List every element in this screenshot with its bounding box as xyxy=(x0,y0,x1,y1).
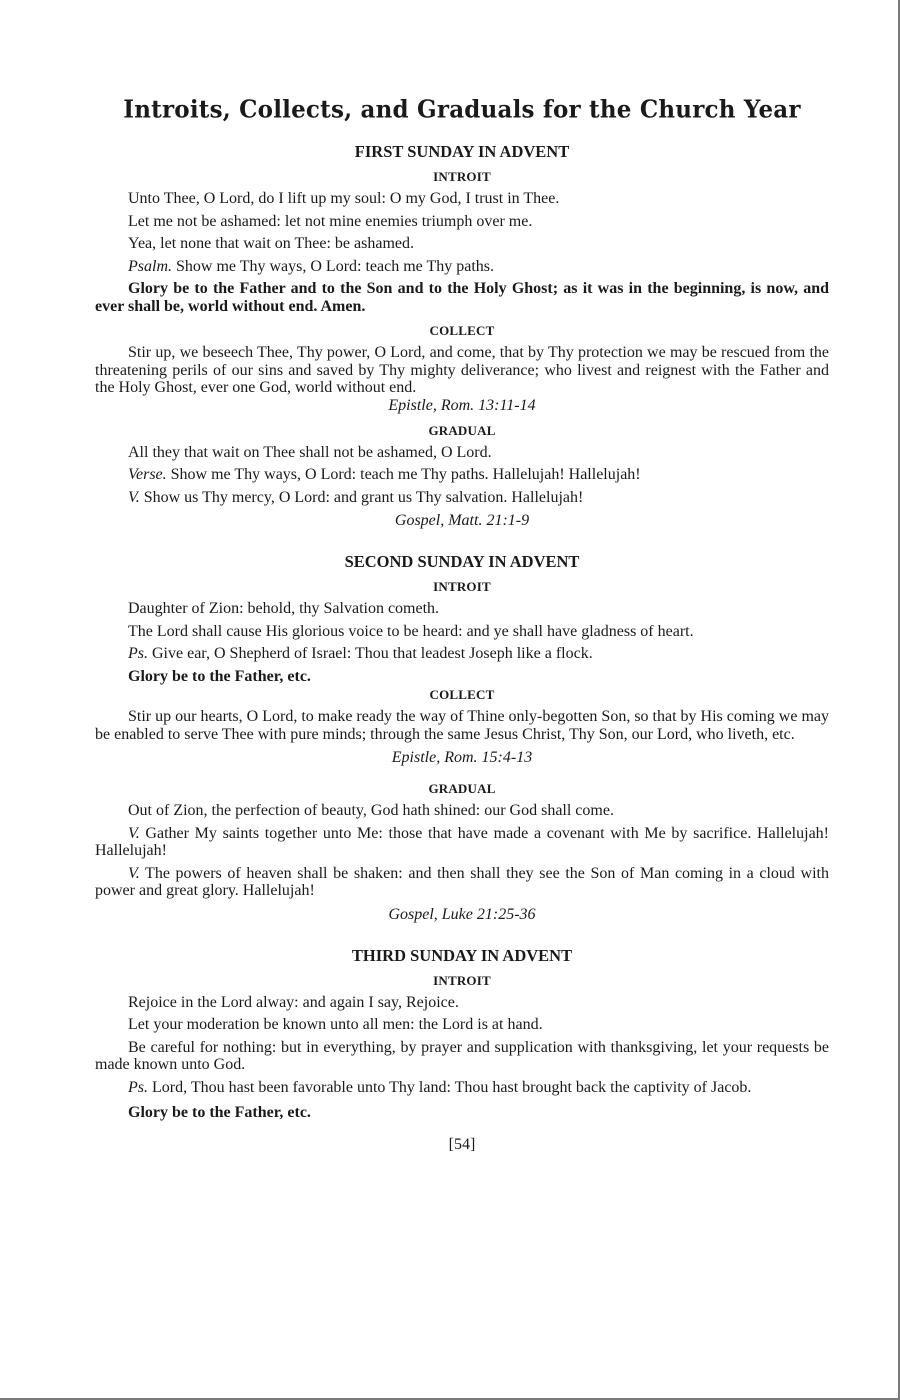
introit-section: INTROIT Rejoice in the Lord alway: and a… xyxy=(95,973,829,1122)
gradual-verse-line: V. The powers of heaven shall be shaken:… xyxy=(95,865,829,900)
section-label-collect: COLLECT xyxy=(95,323,829,339)
introit-psalm-line: Ps. Lord, Thou hast been favorable unto … xyxy=(95,1079,829,1097)
section-label-introit: INTROIT xyxy=(95,973,829,989)
sunday-title: FIRST SUNDAY IN ADVENT xyxy=(95,142,829,162)
sunday-title: THIRD SUNDAY IN ADVENT xyxy=(95,946,829,966)
gloria-patri: Glory be to the Father and to the Son an… xyxy=(95,280,829,315)
section-label-gradual: GRADUAL xyxy=(95,781,829,797)
page-title: Introits, Collects, and Graduals for the… xyxy=(95,91,829,129)
collect-text: Stir up our hearts, O Lord, to make read… xyxy=(95,708,829,743)
introit-line: Rejoice in the Lord alway: and again I s… xyxy=(95,994,829,1012)
document-page: Introits, Collects, and Graduals for the… xyxy=(95,92,829,1154)
sunday-third-advent: THIRD SUNDAY IN ADVENT INTROIT Rejoice i… xyxy=(95,946,829,1122)
collect-text: Stir up, we beseech Thee, Thy power, O L… xyxy=(95,344,829,397)
introit-line: Daughter of Zion: behold, thy Salvation … xyxy=(95,600,829,618)
sunday-first-advent: FIRST SUNDAY IN ADVENT INTROIT Unto Thee… xyxy=(95,142,829,530)
collect-section: COLLECT Stir up our hearts, O Lord, to m… xyxy=(95,687,829,767)
introit-psalm-line: Ps. Give ear, O Shepherd of Israel: Thou… xyxy=(95,645,829,663)
introit-line: The Lord shall cause His glorious voice … xyxy=(95,623,829,641)
gloria-patri: Glory be to the Father, etc. xyxy=(95,668,829,686)
introit-section: INTROIT Unto Thee, O Lord, do I lift up … xyxy=(95,169,829,315)
gloria-patri: Glory be to the Father, etc. xyxy=(95,1104,829,1122)
section-label-introit: INTROIT xyxy=(95,169,829,185)
gradual-verse-line: Verse. Show me Thy ways, O Lord: teach m… xyxy=(95,466,829,484)
introit-line: Yea, let none that wait on Thee: be asha… xyxy=(95,235,829,253)
gradual-line: Out of Zion, the perfection of beauty, G… xyxy=(95,802,829,820)
gradual-section: GRADUAL All they that wait on Thee shall… xyxy=(95,423,829,531)
epistle-reference: Epistle, Rom. 13:11-14 xyxy=(95,397,829,415)
introit-line: Unto Thee, O Lord, do I lift up my soul:… xyxy=(95,190,829,208)
gradual-section: GRADUAL Out of Zion, the perfection of b… xyxy=(95,781,829,924)
sunday-second-advent: SECOND SUNDAY IN ADVENT INTROIT Daughter… xyxy=(95,552,829,924)
introit-line: Be careful for nothing: but in everythin… xyxy=(95,1039,829,1074)
section-label-introit: INTROIT xyxy=(95,579,829,595)
sunday-title: SECOND SUNDAY IN ADVENT xyxy=(95,552,829,572)
gradual-verse-line: V. Gather My saints together unto Me: th… xyxy=(95,825,829,860)
gospel-reference: Gospel, Matt. 21:1-9 xyxy=(95,512,829,530)
gradual-verse-line: V. Show us Thy mercy, O Lord: and grant … xyxy=(95,489,829,507)
section-label-collect: COLLECT xyxy=(95,687,829,703)
gospel-reference: Gospel, Luke 21:25-36 xyxy=(95,906,829,924)
epistle-reference: Epistle, Rom. 15:4-13 xyxy=(95,749,829,767)
introit-line: Let me not be ashamed: let not mine enem… xyxy=(95,213,829,231)
introit-section: INTROIT Daughter of Zion: behold, thy Sa… xyxy=(95,579,829,685)
introit-line: Let your moderation be known unto all me… xyxy=(95,1016,829,1034)
section-label-gradual: GRADUAL xyxy=(95,423,829,439)
collect-section: COLLECT Stir up, we beseech Thee, Thy po… xyxy=(95,323,829,415)
page-number: [54] xyxy=(95,1136,829,1154)
introit-psalm-line: Psalm. Show me Thy ways, O Lord: teach m… xyxy=(95,258,829,276)
gradual-line: All they that wait on Thee shall not be … xyxy=(95,444,829,462)
